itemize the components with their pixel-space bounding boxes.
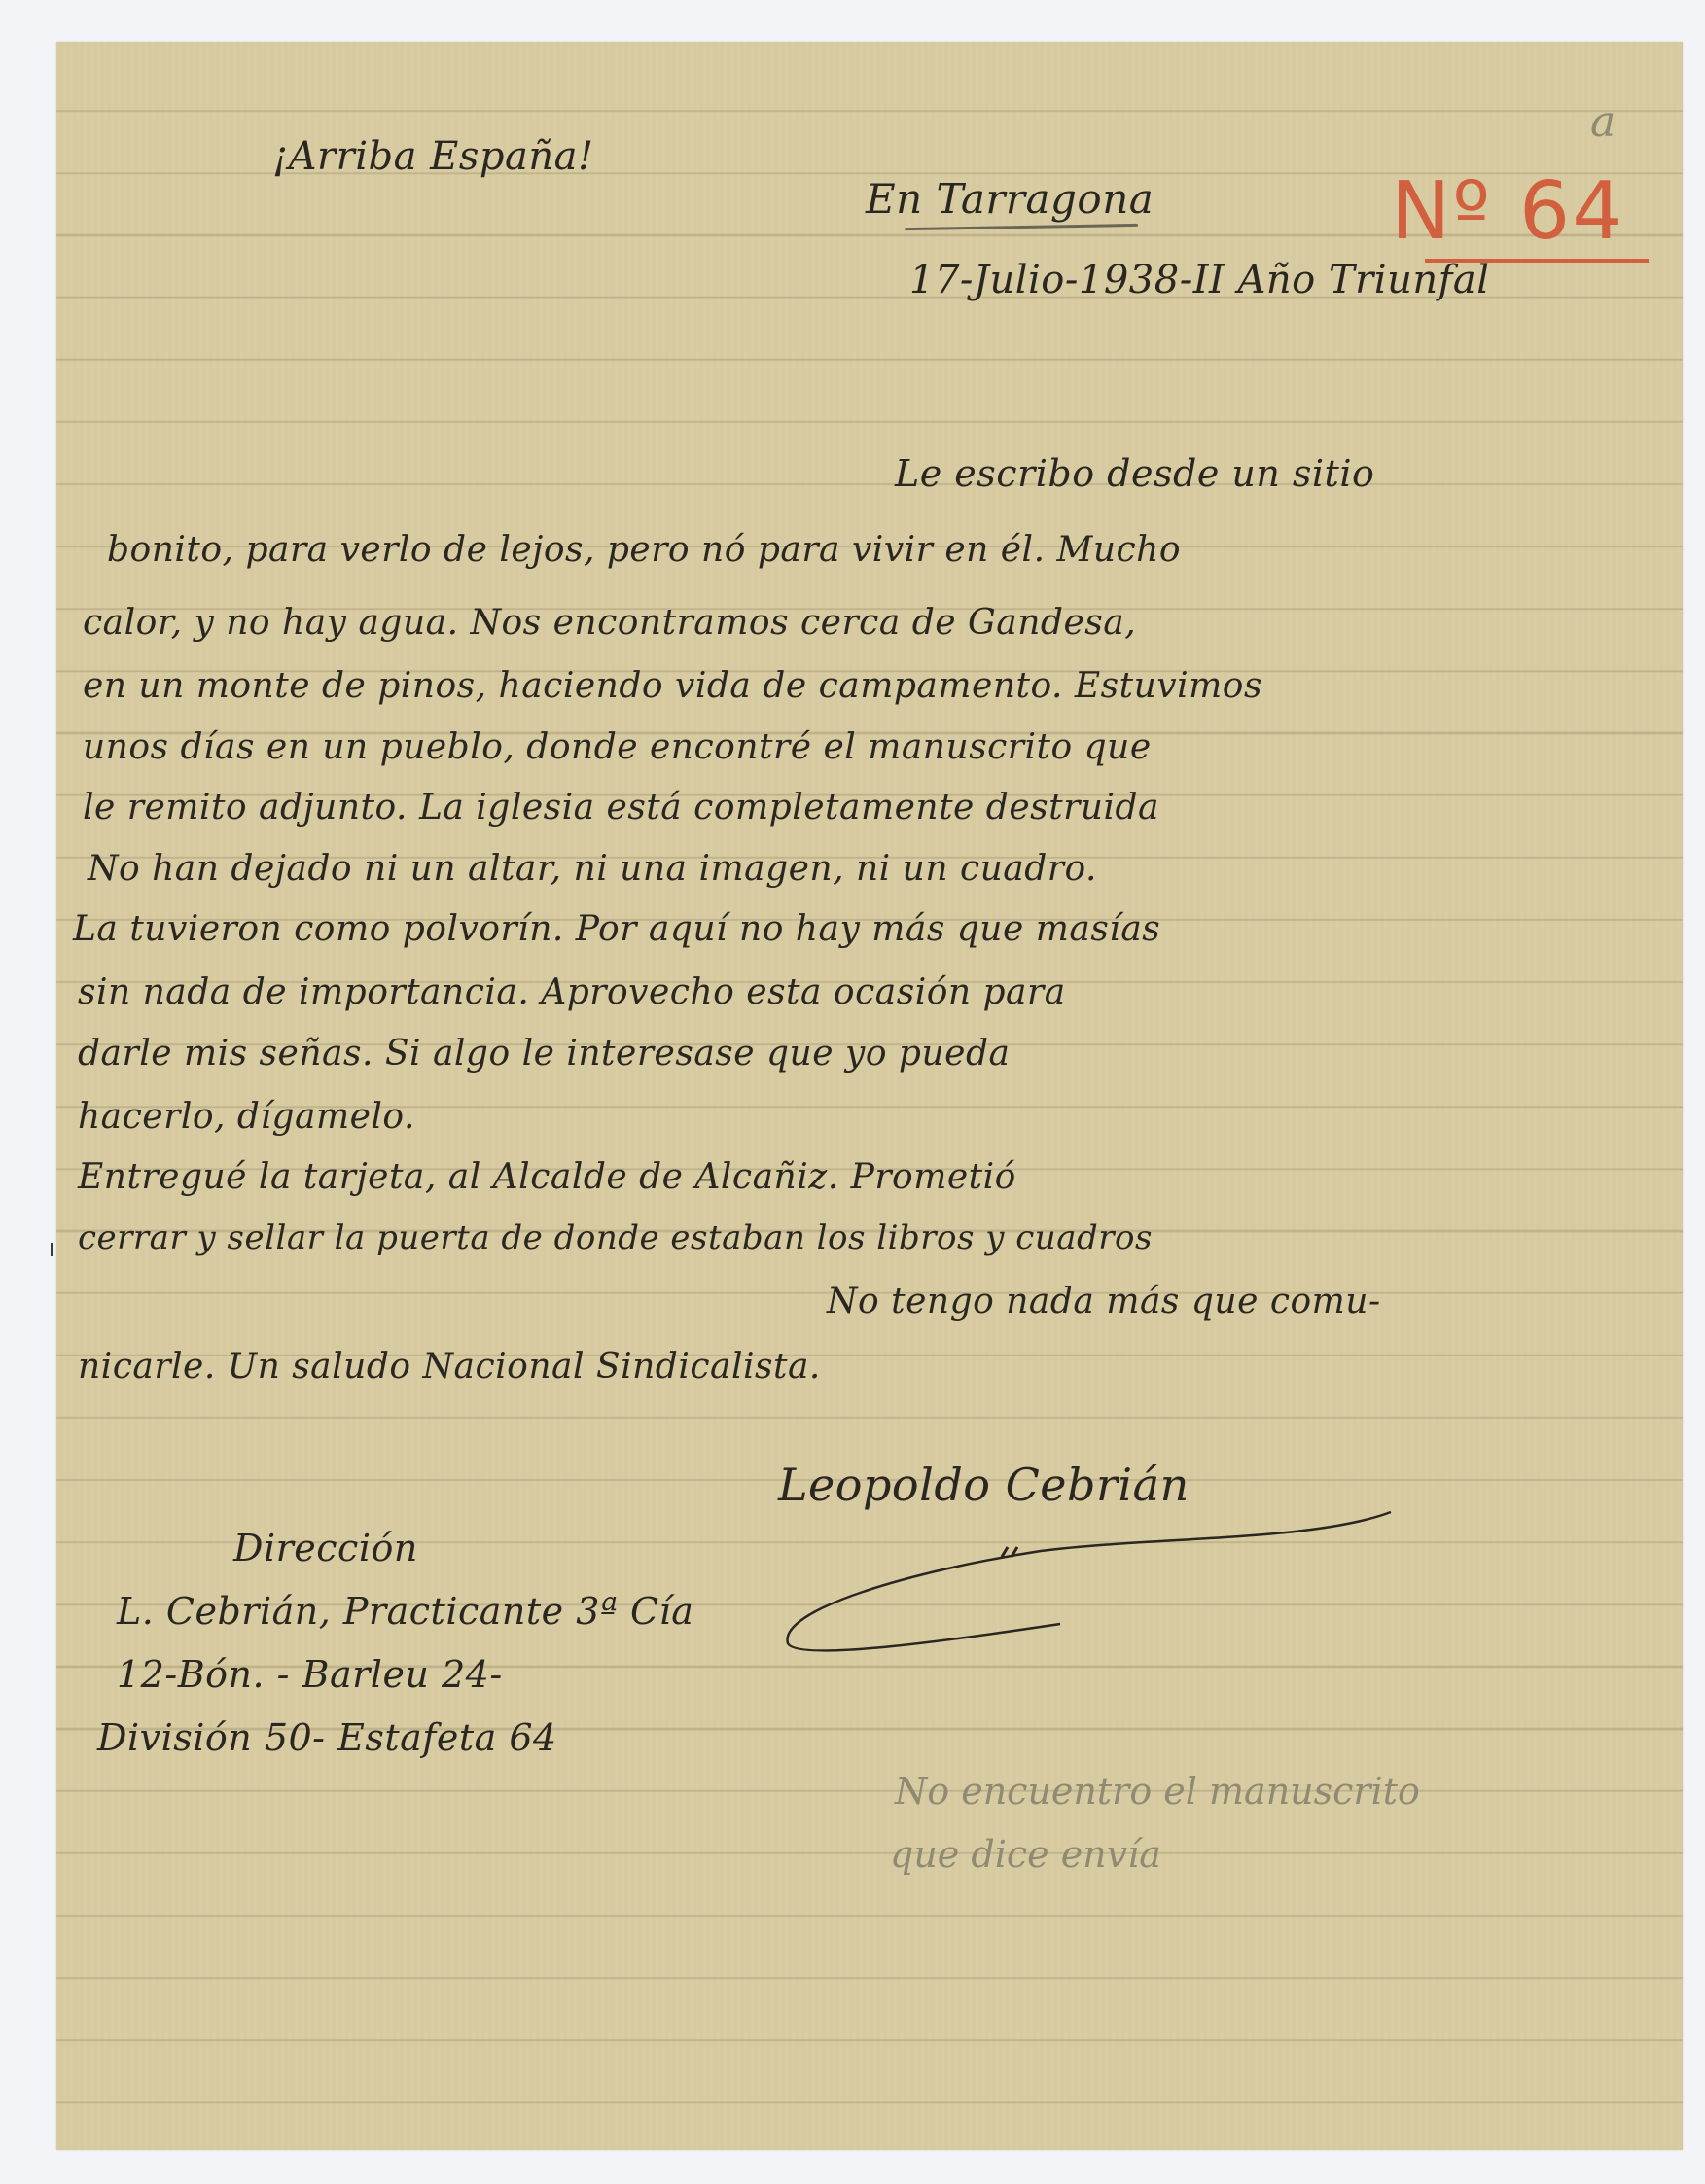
- body-line: hacerlo, dígamelo.: [78, 1097, 415, 1137]
- body-line: en un monte de pinos, haciendo vida de c…: [83, 666, 1262, 706]
- location: En Tarragona: [866, 175, 1154, 223]
- corner-note: a: [1590, 97, 1616, 147]
- body-line: unos días en un pueblo, donde encontré e…: [83, 727, 1152, 767]
- signature-flourish: [768, 1502, 1401, 1658]
- body-line: Entregué la tarjeta, al Alcalde de Alcañ…: [78, 1157, 1016, 1197]
- margin-mark: [51, 1243, 53, 1256]
- address-line: 12-Bón. - Barleu 24-: [117, 1653, 503, 1696]
- body-line: La tuvieron como polvorín. Por aquí no h…: [73, 909, 1160, 949]
- address-line: División 50- Estafeta 64: [97, 1716, 557, 1759]
- archive-number-underline: [1425, 259, 1649, 263]
- pencil-note-line: que dice envía: [890, 1833, 1161, 1876]
- address-heading: Dirección: [233, 1527, 418, 1569]
- body-line: No tengo nada más que comu-: [827, 1282, 1381, 1321]
- letter-page: [56, 42, 1683, 2150]
- date: 17-Julio-1938-II Año Triunfal: [909, 258, 1490, 302]
- body-line: Le escribo desde un sitio: [895, 452, 1374, 495]
- body-line: No han dejado ni un altar, ni una imagen…: [88, 849, 1097, 889]
- body-line: cerrar y sellar la puerta de donde estab…: [78, 1218, 1153, 1257]
- salutation: ¡Arriba España!: [272, 134, 594, 179]
- body-line: le remito adjunto. La iglesia está compl…: [83, 788, 1159, 828]
- body-line: bonito, para verlo de lejos, pero nó par…: [107, 530, 1181, 570]
- archive-number-stamp: Nº 64: [1391, 165, 1624, 258]
- body-line: calor, y no hay agua. Nos encontramos ce…: [83, 603, 1136, 643]
- address-line: L. Cebrián, Practicante 3ª Cía: [117, 1590, 693, 1633]
- pencil-note-line: No encuentro el manuscrito: [895, 1770, 1420, 1813]
- body-line: nicarle. Un saludo Nacional Sindicalista…: [78, 1347, 821, 1387]
- body-line: sin nada de importancia. Aprovecho esta …: [78, 972, 1066, 1012]
- body-line: darle mis señas. Si algo le interesase q…: [78, 1034, 1010, 1074]
